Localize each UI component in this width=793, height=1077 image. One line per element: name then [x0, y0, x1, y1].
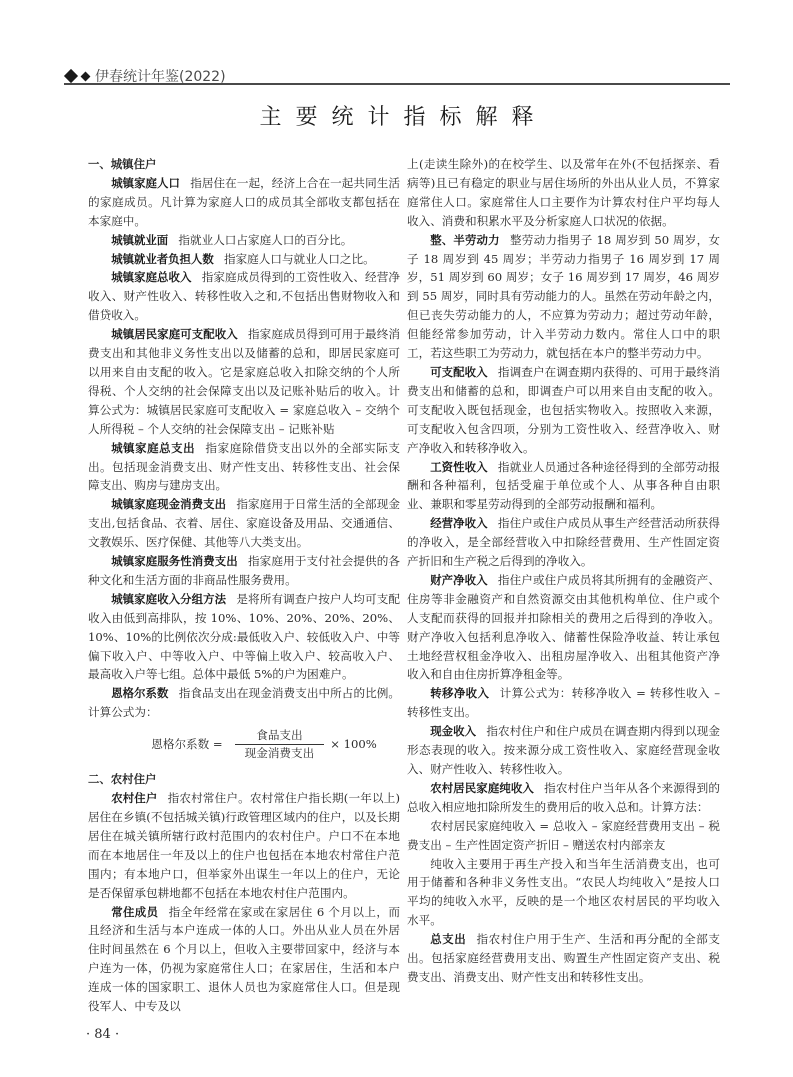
term: 现金收入	[430, 724, 476, 738]
term: 经营净收入	[430, 516, 487, 530]
page-title: 主要统计指标解释	[0, 100, 793, 131]
definition-entry: 恩格尔系数指食品支出在现金消费支出中所占的比例。计算公式为：	[88, 684, 400, 722]
definition-entry: 现金收入指农村住户和住户成员在调查期内得到以现金形态表现的收入。按来源分成工资性…	[407, 722, 720, 779]
page-number: · 84 ·	[86, 1027, 119, 1042]
definition-entry: 城镇家庭服务性消费支出指家庭用于支付社会提供的各种文化和生活方面的非商品性服务费…	[88, 552, 400, 590]
term: 可支配收入	[430, 365, 487, 379]
term: 城镇家庭总支出	[111, 441, 195, 455]
net-income-formula: 农村居民家庭纯收入 = 总收入 – 家庭经营费用支出 – 税费支出 – 生产性固…	[407, 817, 720, 855]
term: 城镇家庭人口	[111, 176, 180, 190]
definition-entry: 城镇家庭总收入指家庭成员得到的工资性收入、经营净收入、财产性收入、转移性收入之和…	[88, 268, 400, 325]
definition-entry: 城镇家庭收入分组方法是将所有调查户按户人均可支配收入由低到高排队，按 10%、1…	[88, 590, 400, 685]
term: 城镇居民家庭可支配收入	[111, 327, 238, 341]
engel-coefficient-formula: 恩格尔系数 = 食品支出 现金消费支出 × 100%	[88, 724, 400, 764]
definition-text: 指住户或住户成员将其所拥有的金融资产、住房等非金融资产和自然资源交由其他机构单位…	[407, 573, 720, 682]
right-column: 上(走读生除外)的在校学生、以及常年在外(不包括探亲、看病等)且已有稳定的职业与…	[407, 155, 720, 987]
section-heading-urban: 一、城镇住户	[88, 155, 400, 174]
definition-text: 整劳动力指男子 18 周岁到 50 周岁，女子 18 周岁到 45 周岁；半劳动…	[407, 233, 720, 360]
term: 整、半劳动力	[430, 233, 500, 247]
term: 城镇家庭收入分组方法	[111, 592, 226, 606]
term: 恩格尔系数	[111, 686, 168, 700]
diamond-large-icon	[64, 69, 78, 83]
definition-entry: 城镇家庭总支出指家庭除借贷支出以外的全部实际支出。包括现金消费支出、财产性支出、…	[88, 439, 400, 496]
term: 财产净收入	[430, 573, 487, 587]
definition-entry: 农村住户指农村常住户。农村常住户指长期(一年以上)居住在乡镇(不包括城关镇)行政…	[88, 789, 400, 902]
net-income-note: 纯收入主要用于再生产投入和当年生活消费支出，也可用于储蓄和各种非义务性支出。“农…	[407, 855, 720, 931]
definition-entry: 城镇家庭人口指居住在一起，经济上合在一起共同生活的家庭成员。凡计算为家庭人口的成…	[88, 174, 400, 231]
definition-entry: 城镇就业者负担人数指家庭人口与就业人口之比。	[88, 250, 400, 269]
definition-entry: 财产净收入指住户或住户成员将其所拥有的金融资产、住房等非金融资产和自然资源交由其…	[407, 571, 720, 684]
continuation-text: 上(走读生除外)的在校学生、以及常年在外(不包括探亲、看病等)且已有稳定的职业与…	[407, 155, 720, 231]
definition-entry: 城镇居民家庭可支配收入指家庭成员得到可用于最终消费支出和其他非义务性支出以及储蓄…	[88, 325, 400, 438]
term: 工资性收入	[430, 460, 487, 474]
left-column: 一、城镇住户 城镇家庭人口指居住在一起，经济上合在一起共同生活的家庭成员。凡计算…	[88, 155, 400, 1016]
formula-lhs: 恩格尔系数 =	[151, 735, 222, 754]
definition-entry: 工资性收入指就业人员通过各种途径得到的全部劳动报酬和各种福利，包括受雇于单位或个…	[407, 458, 720, 515]
formula-numerator: 食品支出	[246, 727, 312, 744]
definition-entry: 农村居民家庭纯收入指农村住户当年从各个来源得到的总收入相应地扣除所发生的费用后的…	[407, 779, 720, 817]
term: 农村居民家庭纯收入	[430, 781, 534, 795]
term: 常住成员	[111, 905, 158, 919]
definition-text: 指就业人口占家庭人口的百分比。	[178, 233, 352, 247]
term: 总支出	[430, 932, 466, 946]
definition-text: 指家庭人口与就业人口之比。	[224, 252, 375, 266]
definition-entry: 经营净收入指住户或住户成员从事生产经营活动所获得的净收入，是全部经营收入中扣除经…	[407, 514, 720, 571]
formula-denominator: 现金消费支出	[235, 745, 325, 762]
definition-entry: 城镇就业面指就业人口占家庭人口的百分比。	[88, 231, 400, 250]
term: 农村住户	[111, 791, 157, 805]
definition-entry: 常住成员指全年经常在家或在家居住 6 个月以上，而且经济和生活与本户连成一体的人…	[88, 903, 400, 1016]
definition-entry: 可支配收入指调查户在调查期内获得的、可用于最终消费支出和储蓄的总和，即调查户可以…	[407, 363, 720, 458]
formula-fraction: 食品支出 现金消费支出	[235, 727, 325, 762]
section-heading-rural: 二、农村住户	[88, 770, 400, 789]
term: 城镇就业面	[111, 233, 168, 247]
header-rule	[64, 83, 730, 85]
term: 城镇就业者负担人数	[111, 252, 214, 266]
definition-entry: 城镇家庭现金消费支出指家庭用于日常生活的全部现金支出,包括食品、衣着、居住、家庭…	[88, 495, 400, 552]
term: 城镇家庭总收入	[111, 270, 191, 284]
definition-text: 指农村常住户。农村常住户指长期(一年以上)居住在乡镇(不包括城关镇)行政管理区域…	[88, 791, 400, 900]
definition-text: 指全年经常在家或在家居住 6 个月以上，而且经济和生活与本户连成一体的人口。外出…	[88, 905, 400, 1014]
formula-multiplier: × 100%	[330, 735, 377, 754]
diamond-small-icon	[81, 72, 91, 82]
term: 转移净收入	[430, 686, 489, 700]
term: 城镇家庭现金消费支出	[111, 497, 226, 511]
definition-entry: 整、半劳动力整劳动力指男子 18 周岁到 50 周岁，女子 18 周岁到 45 …	[407, 231, 720, 363]
definition-text: 指家庭成员得到可用于最终消费支出和其他非义务性支出以及储蓄的总和，即居民家庭可以…	[88, 327, 400, 436]
definition-entry: 转移净收入计算公式为：转移净收入 = 转移性收入 – 转移性支出。	[407, 684, 720, 722]
term: 城镇家庭服务性消费支出	[111, 554, 238, 568]
definition-entry: 总支出指农村住户用于生产、生活和再分配的全部支出。包括家庭经营费用支出、购置生产…	[407, 930, 720, 987]
